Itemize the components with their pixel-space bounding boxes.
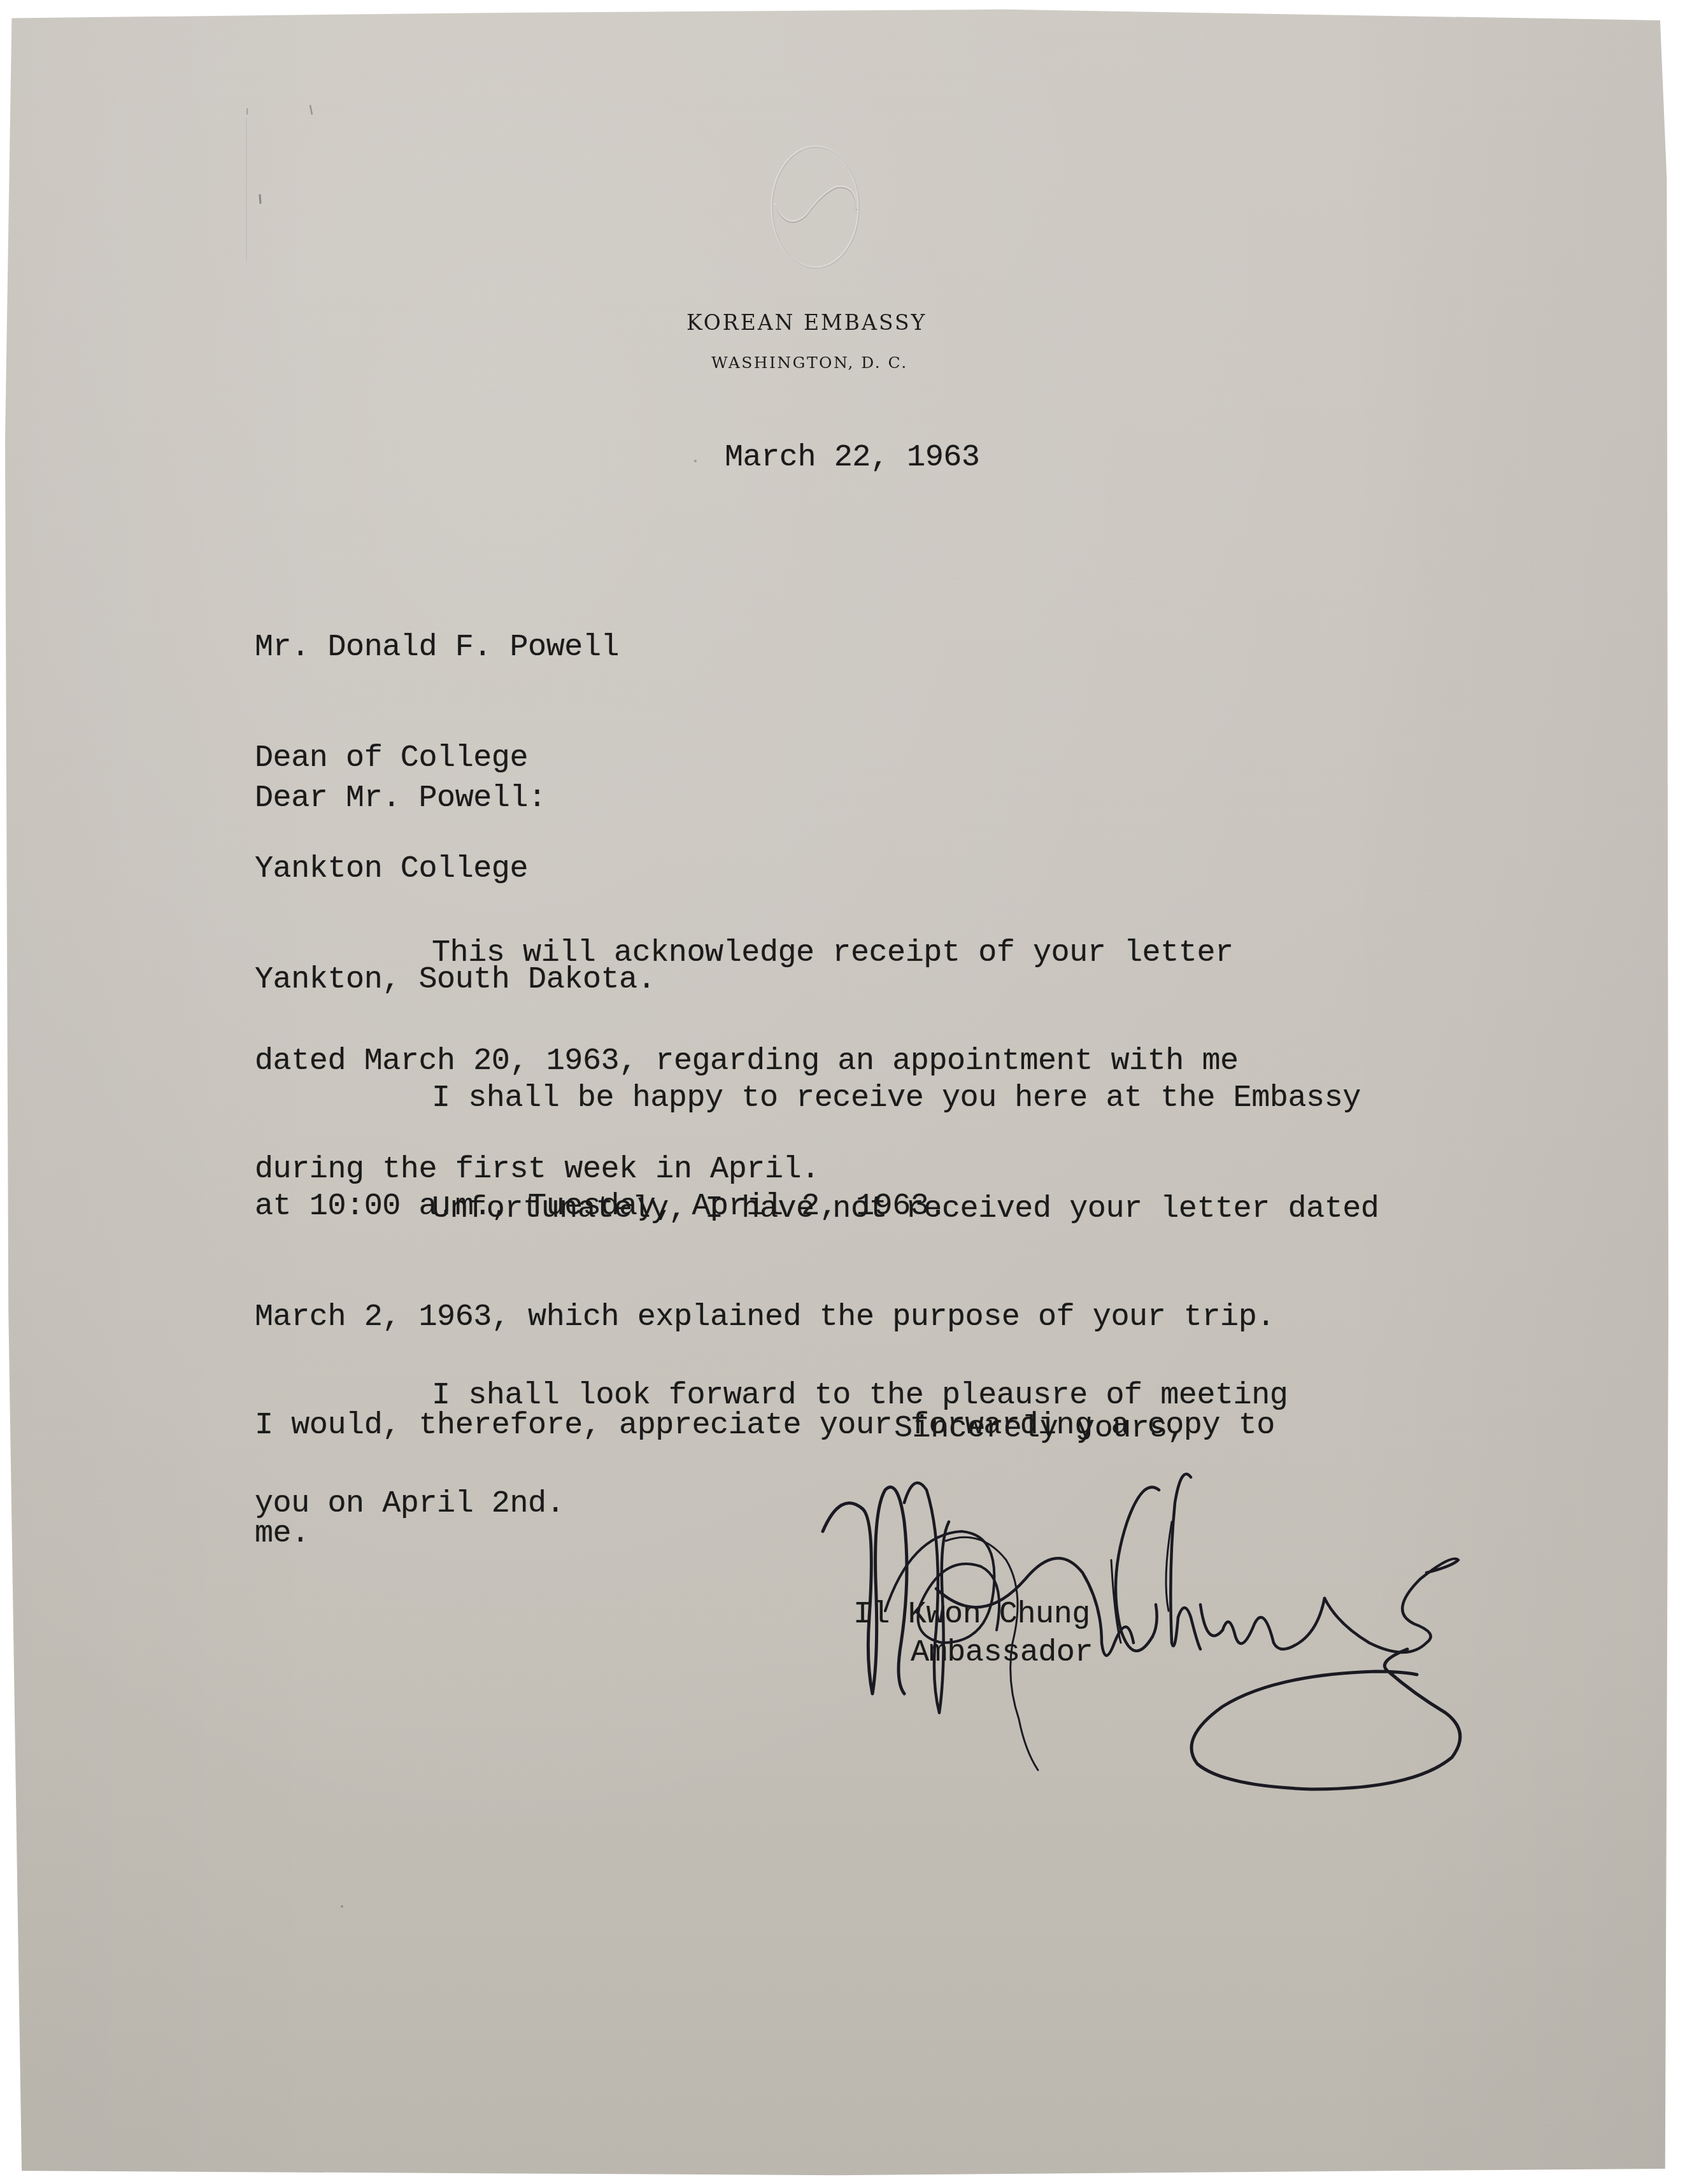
signatory-name: Il Kwon Chung bbox=[853, 1596, 1090, 1633]
embossed-taeguk-seal-icon bbox=[761, 137, 869, 277]
body-line: I shall look forward to the pleausre of … bbox=[432, 1378, 1288, 1413]
recipient-title: Dean of College bbox=[255, 740, 655, 777]
signatory-title: Ambassador bbox=[911, 1634, 1093, 1671]
paper-speck bbox=[694, 460, 697, 462]
body-line: Unfortunately, I have not received your … bbox=[432, 1191, 1379, 1226]
letterhead-organization: KOREAN EMBASSY bbox=[686, 310, 1005, 335]
staple-marks-icon bbox=[242, 51, 318, 280]
letter-date: March 22, 1963 bbox=[725, 439, 979, 476]
body-line: you on April 2nd. bbox=[255, 1486, 1288, 1520]
salutation: Dear Mr. Powell: bbox=[255, 780, 546, 817]
body-line: I shall be happy to receive you here at … bbox=[432, 1081, 1361, 1116]
body-line: This will acknowledge receipt of your le… bbox=[432, 935, 1233, 970]
paper-speck bbox=[341, 1905, 343, 1908]
closing: Sincerely yours, bbox=[894, 1410, 1186, 1447]
paper-speck bbox=[503, 763, 506, 765]
recipient-name: Mr. Donald F. Powell bbox=[255, 629, 655, 666]
letterhead-location: WASHINGTON, D. C. bbox=[711, 353, 1004, 372]
